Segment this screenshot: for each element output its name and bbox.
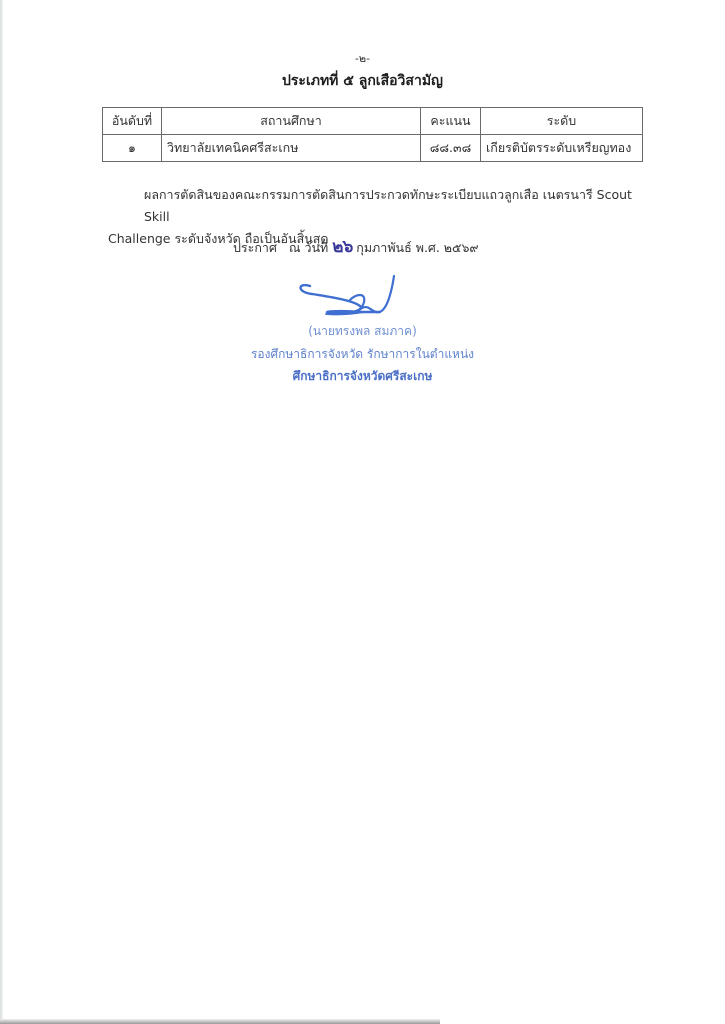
signatory-name: (นายทรงพล สมภาค): [0, 322, 725, 341]
announcement-date-line: ประกาศ ณ วันที่ ๒๖ กุมภาพันธ์ พ.ศ. ๒๕๖๙: [233, 233, 479, 260]
header-score: คะแนน: [421, 108, 481, 135]
signatory-title: รองศึกษาธิการจังหวัด รักษาการในตำแหน่ง: [0, 345, 725, 364]
announce-prefix: ประกาศ: [233, 240, 277, 255]
header-school: สถานศึกษา: [162, 108, 421, 135]
scan-page-edge-left: [0, 0, 3, 1024]
table-header-row: อันดับที่ สถานศึกษา คะแนน ระดับ: [103, 108, 643, 135]
results-table: อันดับที่ สถานศึกษา คะแนน ระดับ ๑ วิทยาล…: [102, 107, 643, 162]
handwritten-day: ๒๖: [332, 237, 352, 257]
paragraph-line-1: ผลการตัดสินของคณะกรรมการตัดสินการประกวดท…: [108, 184, 648, 228]
signature-icon: [290, 272, 410, 322]
header-level: ระดับ: [481, 108, 643, 135]
header-rank: อันดับที่: [103, 108, 162, 135]
announce-at: ณ: [289, 240, 301, 255]
cell-score: ๘๘.๓๘: [421, 135, 481, 162]
cell-school: วิทยาลัยเทคนิคศรีสะเกษ: [162, 135, 421, 162]
scan-page-edge-bottom: [0, 1019, 440, 1024]
section-title: ประเภทที่ ๕ ลูกเสือวิสามัญ: [0, 70, 725, 92]
announce-month-year: กุมภาพันธ์ พ.ศ. ๒๕๖๙: [356, 240, 478, 255]
cell-level: เกียรติบัตรระดับเหรียญทอง: [481, 135, 643, 162]
cell-rank: ๑: [103, 135, 162, 162]
table-row: ๑ วิทยาลัยเทคนิคศรีสะเกษ ๘๘.๓๘ เกียรติบั…: [103, 135, 643, 162]
announce-day-label: วันที่: [304, 240, 328, 255]
signatory-organization: ศึกษาธิการจังหวัดศรีสะเกษ: [0, 367, 725, 386]
page-number: -๒-: [0, 49, 725, 67]
